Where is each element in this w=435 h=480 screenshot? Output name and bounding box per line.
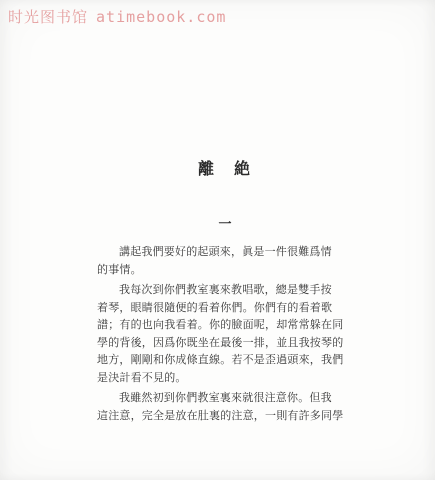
page-title: 離 絶 [97, 160, 353, 180]
page-content: 離 絶 一 講起我們要好的起頭來，眞是一件很難爲情 的事情。 我每次到你們教室裏… [97, 160, 353, 425]
body-text: 講起我們要好的起頭來，眞是一件很難爲情 的事情。 我每次到你們教室裏來教唱歌，總… [97, 244, 353, 425]
text-line: 我每次到你們教室裏來教唱歌，總是雙手按 [97, 282, 353, 300]
section-number: 一 [97, 217, 353, 231]
text-line: 我雖然初到你們教室裏來就很注意你。但我 [97, 390, 353, 408]
text-line: 學的背後，因爲你既坐在最後一排，並且我按琴的 [97, 335, 353, 353]
text-line: 譜；有的也向我看着。你的臉面呢，却常常躲在同 [97, 317, 353, 335]
watermark: 时光图书馆atimebook.com [8, 6, 226, 27]
text-line: 講起我們要好的起頭來，眞是一件很難爲情 [97, 244, 353, 262]
text-line: 地方，剛剛和你成條直線。若不是歪過頭來，我們 [97, 352, 353, 370]
watermark-site-name: 时光图书馆 [8, 8, 88, 26]
text-line: 是決計看不見的。 [97, 370, 353, 388]
text-line: 這注意，完全是放在肚裏的注意，一則有許多同學 [97, 408, 353, 426]
scanned-book-page: 时光图书馆atimebook.com 離 絶 一 講起我們要好的起頭來，眞是一件… [0, 0, 435, 480]
watermark-site-domain: atimebook.com [96, 8, 226, 26]
text-line: 的事情。 [97, 262, 353, 280]
text-line: 着琴，眼睛很隨便的看着你們。你們有的看着歌 [97, 300, 353, 318]
